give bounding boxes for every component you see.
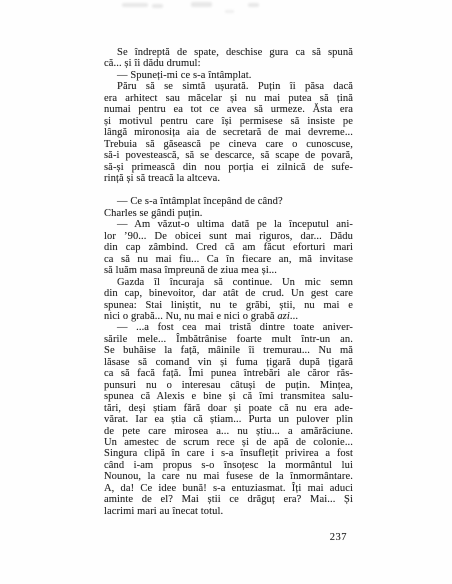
paragraph: — Am văzut-o ultima dată pe la începutul… bbox=[104, 219, 353, 276]
text-line: că... și îi dădu drumul: bbox=[104, 58, 353, 69]
text-line: să luăm masa împreună de ziua mea și... bbox=[104, 265, 353, 276]
text-line: ca să nu mai fiu... Ca în fiecare an, mă… bbox=[104, 254, 353, 265]
text-line: ca să facă față. Îmi punea întrebări ale… bbox=[104, 368, 353, 379]
text-line: — Spuneți-mi ce s-a întâmplat. bbox=[104, 70, 353, 81]
text-line: punsuri nu o interesau câtuși de puțin. … bbox=[104, 380, 353, 391]
text-line: numai pentru ea tot ce avea să urmeze. Ă… bbox=[104, 104, 353, 115]
text-line: spunea: Stai liniștit, nu te grăbi, știi… bbox=[104, 300, 353, 311]
text-line: aminte de el? Mai știi ce drăguț era? Ma… bbox=[104, 494, 353, 505]
text-line: sările mele... Îmbătrânise foarte mult î… bbox=[104, 334, 353, 345]
text-line: rință și să treacă la altceva. bbox=[104, 173, 353, 184]
text-line: să-i povestească, să se descarce, să sca… bbox=[104, 150, 353, 161]
scan-artifact bbox=[152, 4, 163, 8]
text-line: Singura clipă în care i s-a însuflețit p… bbox=[104, 448, 353, 459]
text-line: și motivul pentru care își permisese să … bbox=[104, 116, 353, 127]
paragraph: Gazda îl încuraja să continue. Un mic se… bbox=[104, 277, 353, 323]
text-line: când i-am propus s-o însoțesc la mormânt… bbox=[104, 460, 353, 471]
scan-artifact bbox=[122, 3, 148, 7]
text-line: — ...a fost cea mai tristă dintre toate … bbox=[104, 322, 353, 333]
text-line: lângă mironosița aia de secretară de mai… bbox=[104, 127, 353, 138]
paragraph: Charles se gândi puțin. bbox=[104, 208, 353, 219]
text-line: — Am văzut-o ultima dată pe la începutul… bbox=[104, 219, 353, 230]
text-line: nici o grabă... Nu, nu mai e nici o grab… bbox=[104, 311, 353, 322]
text-line: Se buhăise la față, mâinile îi tremurau.… bbox=[104, 345, 353, 356]
text-line: Trebuia să găsească pe cineva care o cun… bbox=[104, 139, 353, 150]
paragraph: Se îndreptă de spate, deschise gura ca s… bbox=[104, 47, 353, 70]
text-line: Un amestec de scrum rece și de apă de co… bbox=[104, 437, 353, 448]
text-line: de pete care mirosea a... nu știu... a a… bbox=[104, 426, 353, 437]
text-line: Nounou, la care nu mai fusese de la înmo… bbox=[104, 471, 353, 482]
text-segment: ... bbox=[290, 311, 298, 322]
text-line: din cap zâmbind. Cred că am făcut efortu… bbox=[104, 242, 353, 253]
page-number: 237 bbox=[104, 532, 353, 543]
paragraph: Păru să se simtă ușurată. Puțin îi păsa … bbox=[104, 81, 353, 184]
scan-artifact bbox=[225, 10, 234, 13]
book-page: Se îndreptă de spate, deschise gura ca s… bbox=[0, 0, 452, 584]
text-line: Charles se gândi puțin. bbox=[104, 208, 353, 219]
text-line: lor ’90... De obicei sunt mai riguros, d… bbox=[104, 231, 353, 242]
text-line: tări, deși știam fără doar și poate că n… bbox=[104, 403, 353, 414]
text-line: să-și primească din nou porția ei zilnic… bbox=[104, 162, 353, 173]
paragraph: — ...a fost cea mai tristă dintre toate … bbox=[104, 322, 353, 517]
text-segment: nici o grabă... Nu, nu mai e nici o grab… bbox=[104, 311, 277, 322]
text-block: Se îndreptă de spate, deschise gura ca s… bbox=[104, 47, 353, 517]
text-line: vărat. Iar ea știa că știam... Purta un … bbox=[104, 414, 353, 425]
paragraph: — Ce s-a întâmplat începând de când? bbox=[104, 196, 353, 207]
text-line: spunea că Alexis e bine și că îmi transm… bbox=[104, 391, 353, 402]
text-line: — Ce s-a întâmplat începând de când? bbox=[104, 196, 353, 207]
text-line: A, da! Ce idee bună! s-a entuziasmat. Îț… bbox=[104, 483, 353, 494]
text-line: Păru să se simtă ușurată. Puțin îi păsa … bbox=[104, 81, 353, 92]
text-line: lăsase să comand vin și fuma țigară după… bbox=[104, 357, 353, 368]
text-line: Gazda îl încuraja să continue. Un mic se… bbox=[104, 277, 353, 288]
paragraph: — Spuneți-mi ce s-a întâmplat. bbox=[104, 70, 353, 81]
scan-artifact bbox=[248, 3, 259, 7]
scan-artifact bbox=[191, 2, 212, 7]
italic-text: azi bbox=[277, 311, 290, 322]
text-line: din cap, binevoitor, dar atât de crud. U… bbox=[104, 288, 353, 299]
text-line: era arhitect sau măcelar și nu mai putea… bbox=[104, 93, 353, 104]
text-line: Se îndreptă de spate, deschise gura ca s… bbox=[104, 47, 353, 58]
text-line: lacrimi mari au înecat totul. bbox=[104, 506, 353, 517]
